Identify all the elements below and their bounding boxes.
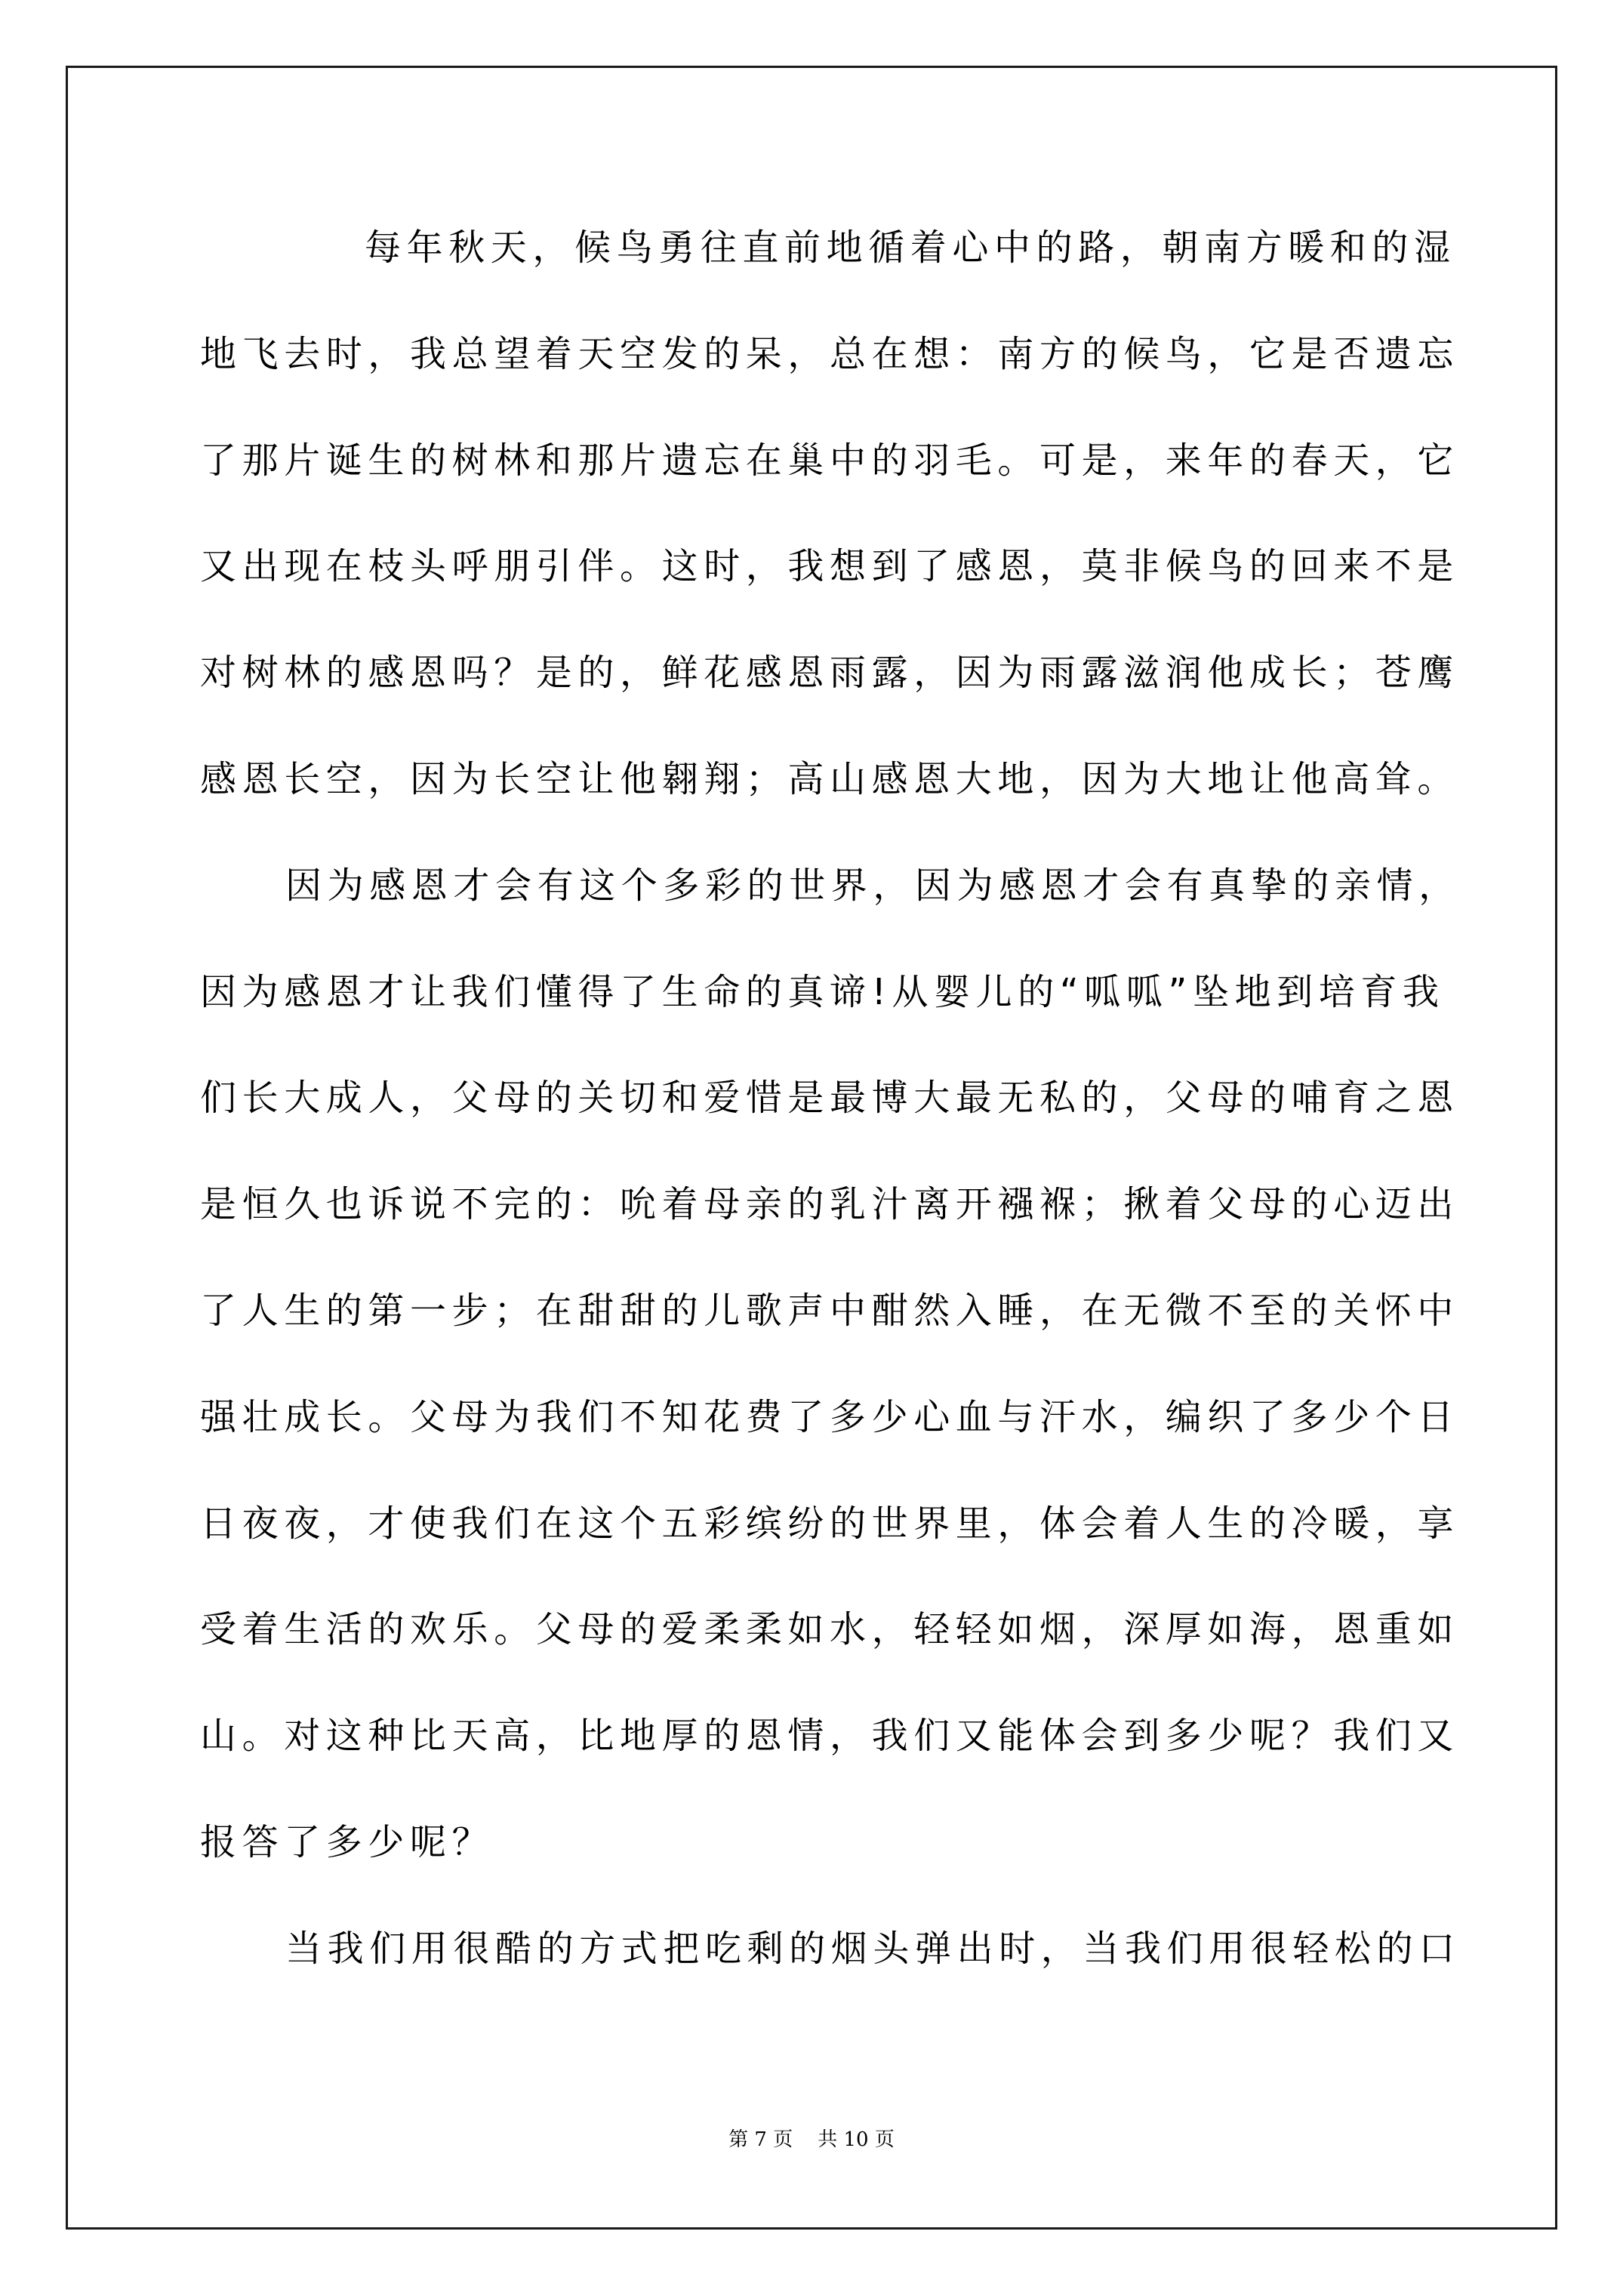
text-line: 了那片诞生的树林和那片遗忘在巢中的羽毛。可是，来年的春天，它 xyxy=(200,439,1459,482)
text-line: 强壮成长。父母为我们不知花费了多少心血与汗水，编织了多少个日 xyxy=(200,1396,1459,1438)
text-line: 因为感恩才让我们懂得了生命的真谛!从婴儿的“呱呱”坠地到培育我 xyxy=(200,971,1445,1013)
text-line: 当我们用很酷的方式把吃剩的烟头弹出时，当我们用很轻松的口 xyxy=(285,1928,1461,1970)
text-line: 每年秋天，候鸟勇往直前地循着心中的路，朝南方暖和的湿 xyxy=(365,227,1456,269)
text-line: 感恩长空，因为长空让他翱翔；高山感恩大地，因为大地让他高耸。 xyxy=(200,758,1459,800)
text-line: 又出现在枝头呼朋引伴。这时，我想到了感恩，莫非候鸟的回来不是 xyxy=(200,545,1459,587)
text-line: 了人生的第一步；在甜甜的儿歌声中酣然入睡，在无微不至的关怀中 xyxy=(200,1290,1459,1332)
text-line: 对树林的感恩吗？是的，鲜花感恩雨露，因为雨露滋润他成长；苍鹰 xyxy=(200,652,1459,694)
text-line: 地飞去时，我总望着天空发的呆，总在想：南方的候鸟，它是否遗忘 xyxy=(200,333,1459,375)
text-line: 日夜夜，才使我们在这个五彩缤纷的世界里，体会着人生的冷暖，享 xyxy=(200,1502,1459,1545)
text-line: 受着生活的欢乐。父母的爱柔柔如水，轻轻如烟，深厚如海，恩重如 xyxy=(200,1608,1459,1650)
page-border xyxy=(66,66,1557,2230)
text-line: 们长大成人，父母的关切和爱惜是最博大最无私的，父母的哺育之恩 xyxy=(200,1077,1459,1119)
text-line: 是恒久也诉说不完的：吮着母亲的乳汁离开襁褓；揪着父母的心迈出 xyxy=(200,1183,1459,1225)
text-line: 报答了多少呢？ xyxy=(200,1821,494,1863)
text-line: 因为感恩才会有这个多彩的世界，因为感恩才会有真挚的亲情， xyxy=(285,864,1461,907)
text-line: 山。对这种比天高，比地厚的恩情，我们又能体会到多少呢？我们又 xyxy=(200,1715,1459,1757)
page-number-footer: 第 7 页 共 10 页 xyxy=(0,2126,1623,2153)
